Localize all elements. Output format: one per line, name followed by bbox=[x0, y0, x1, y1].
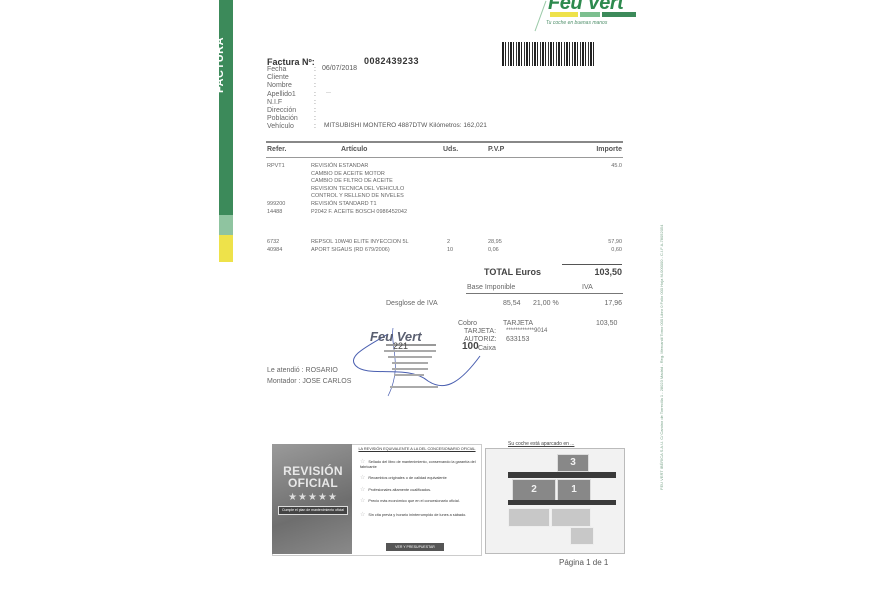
parking-area-small bbox=[570, 527, 594, 545]
cell-ref: RPVT1 bbox=[267, 163, 285, 170]
field-value-apellido: — bbox=[326, 90, 331, 96]
star-icon: ☆ bbox=[360, 498, 365, 504]
star-rating-icon: ★★★★★ bbox=[276, 492, 350, 503]
cell-ref: 999200 bbox=[267, 201, 285, 208]
cell-units: 2 bbox=[447, 239, 450, 246]
field-label-cliente: Cliente bbox=[267, 74, 298, 82]
field-label-poblacion: Población bbox=[267, 115, 298, 123]
cell-amount: 0,60 bbox=[582, 247, 622, 254]
side-band-yellow-segment bbox=[219, 235, 233, 262]
promo-feature-text: Sin cita previa y horario ininterrumpido… bbox=[368, 513, 466, 517]
promo-feature-text: Recambios originales o de calidad equiva… bbox=[368, 476, 446, 480]
parking-caption: Su coche está aparcado en ... bbox=[508, 441, 574, 447]
logo-green-bar bbox=[602, 12, 636, 17]
promo-heading: LA REVISIÓN EQUIVALENTE A LA DEL CONCESI… bbox=[358, 447, 476, 452]
col-header-pvp: P.V.P bbox=[488, 146, 504, 153]
promo-feature-text: Sellado del libro de mantenimiento, cons… bbox=[360, 460, 476, 469]
field-label-nif: N.I.F bbox=[267, 99, 298, 107]
field-label-fecha: Fecha bbox=[267, 66, 298, 74]
parking-spot-3: 3 bbox=[557, 454, 589, 472]
iva-breakdown-label: Desglose de IVA bbox=[386, 300, 438, 307]
promo-feature-text: Precio más económico que en el concesion… bbox=[368, 499, 459, 503]
table-header-rule bbox=[266, 157, 623, 158]
parking-road-top bbox=[508, 472, 616, 478]
cell-ref: 14488 bbox=[267, 209, 282, 216]
parking-area-left bbox=[508, 508, 550, 527]
col-header-units: Uds. bbox=[443, 146, 458, 153]
star-icon: ☆ bbox=[360, 512, 365, 518]
cell-units: 10 bbox=[447, 247, 453, 254]
parking-area-right bbox=[551, 508, 591, 527]
parking-road-bottom bbox=[508, 500, 616, 505]
handwritten-note-221: 221 bbox=[393, 341, 408, 351]
promo-cta-button[interactable]: VER Y PRESUPUESTAR bbox=[386, 543, 444, 551]
field-colons: :::::::: bbox=[314, 66, 316, 132]
parking-spot-1: 1 bbox=[557, 479, 591, 501]
field-label-vehiculo: Vehículo bbox=[267, 123, 298, 131]
star-icon: ☆ bbox=[360, 487, 365, 493]
logo-slash-decoration bbox=[535, 1, 547, 31]
iva-percent: 21,00 % bbox=[533, 300, 559, 307]
promo-feature-item: ☆Profesionales altamente cualificados. bbox=[360, 488, 478, 493]
total-label: TOTAL Euros bbox=[484, 267, 541, 277]
auth-code: 633153 bbox=[506, 335, 529, 344]
side-band-light-segment bbox=[219, 215, 233, 235]
logo-light-green-bar bbox=[580, 12, 600, 17]
field-value-fecha: 06/07/2018 bbox=[322, 65, 357, 72]
star-icon: ☆ bbox=[360, 475, 365, 481]
promo-feature-item: ☆Sellado del libro de mantenimiento, con… bbox=[360, 460, 478, 470]
cell-ref: 40984 bbox=[267, 247, 282, 254]
cell-ref: 6732 bbox=[267, 239, 279, 246]
invoice-number: 0082439233 bbox=[364, 56, 419, 66]
promo-feature-item: ☆Sin cita previa y horario ininterrumpid… bbox=[360, 513, 478, 518]
promo-feature-item: ☆Recambios originales o de calidad equiv… bbox=[360, 476, 478, 481]
field-label-direccion: Dirección bbox=[267, 107, 298, 115]
cell-article: CONTROL Y RELLENO DE NIVELES bbox=[311, 193, 404, 200]
iva-label: IVA bbox=[582, 284, 593, 291]
promo-feature-text: Profesionales altamente cualificados. bbox=[368, 488, 431, 492]
barcode-icon bbox=[502, 42, 594, 66]
cell-article: REVISIÓN STANDARD T1 bbox=[311, 201, 377, 208]
cell-article: CAMBIO DE FILTRO DE ACEITE bbox=[311, 178, 393, 185]
promo-banner: Cumple el plan de mantenimiento oficial bbox=[278, 506, 348, 515]
col-header-amount: Importe bbox=[586, 146, 622, 153]
field-value-vehiculo: MITSUBISHI MONTERO 4887DTW Kilómetros: 1… bbox=[324, 122, 487, 129]
cell-article: REPSOL 10W40 ELITE INYECCION 5L bbox=[311, 239, 409, 246]
brand-tagline: Tu coche en buenas manos bbox=[546, 20, 607, 26]
total-value: 103,50 bbox=[580, 267, 622, 277]
col-header-ref: Refer. bbox=[267, 146, 286, 153]
tax-rule bbox=[466, 293, 623, 294]
payment-amount: 103,50 bbox=[596, 319, 617, 328]
legal-footer-text: FEU VERT IBÉRICA S.A.U. C/ Camino de Tor… bbox=[659, 100, 668, 490]
iva-amount: 17,96 bbox=[590, 300, 622, 307]
table-top-rule bbox=[266, 141, 623, 143]
attended-by: Le atendió : ROSARIO bbox=[267, 367, 338, 374]
cell-article: REVISIÓN ESTANDAR bbox=[311, 163, 368, 170]
parking-spot-2: 2 bbox=[512, 479, 556, 501]
base-imponible-label: Base Imponible bbox=[467, 284, 515, 291]
cell-amount: 57,90 bbox=[582, 239, 622, 246]
mechanic: Montador : JOSE CARLOS bbox=[267, 378, 351, 385]
invoice-field-labels: Fecha Cliente Nombre Apellido1 N.I.F Dir… bbox=[267, 66, 298, 132]
field-label-apellido: Apellido1 bbox=[267, 91, 298, 99]
promo-title: REVISIÓN OFICIAL bbox=[274, 465, 352, 489]
cell-amount: 45.0 bbox=[582, 163, 622, 170]
page-number: Página 1 de 1 bbox=[559, 558, 608, 567]
iva-base-value: 85,54 bbox=[503, 300, 521, 307]
col-header-article: Artículo bbox=[341, 146, 367, 153]
total-rule bbox=[562, 264, 622, 265]
factura-band-label: FACTURA bbox=[214, 30, 238, 100]
field-label-nombre: Nombre bbox=[267, 82, 298, 90]
cell-article: P2042 F. ACEITE BOSCH 0986452042 bbox=[311, 209, 407, 216]
cell-pvp: 0,06 bbox=[488, 247, 499, 254]
promo-title-line2: OFICIAL bbox=[274, 477, 352, 489]
cell-article: APORT SIGAUS (RD 679/2006) bbox=[311, 247, 390, 254]
cell-pvp: 28,95 bbox=[488, 239, 502, 246]
promo-feature-item: ☆Precio más económico que en el concesio… bbox=[360, 499, 478, 504]
logo-yellow-bar bbox=[550, 12, 578, 17]
